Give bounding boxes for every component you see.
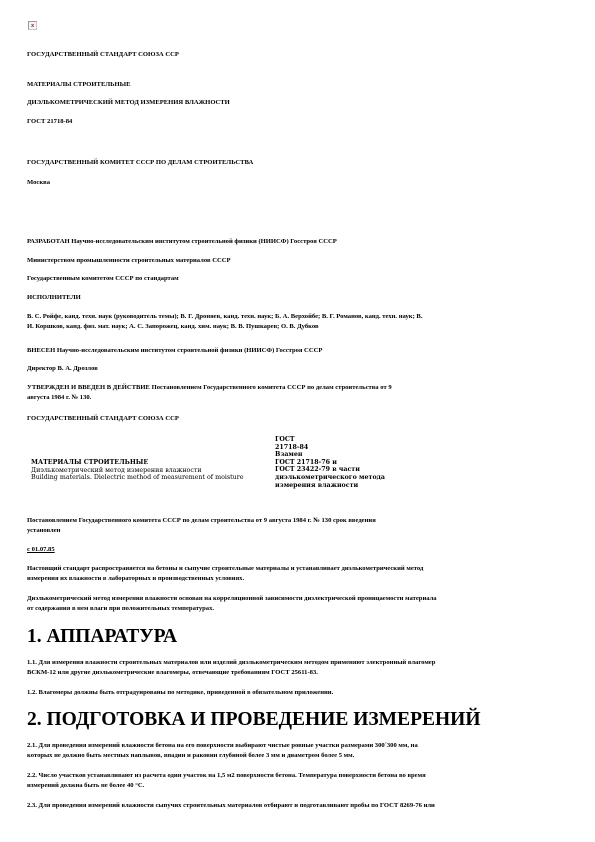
method-title: ДИЭЛЬКОМЕТРИЧЕСКИЙ МЕТОД ИЗМЕРЕНИЯ ВЛАЖН… <box>27 98 230 108</box>
state-standard-title-2: ГОСУДАРСТВЕННЫЙ СТАНДАРТ СОЮЗА ССР <box>27 414 179 424</box>
executors-label: ИСПОЛНИТЕЛИ <box>27 293 81 303</box>
introduced-text: Научно-исследовательским институтом стро… <box>55 347 322 354</box>
table-right-line: диэлькометрического метода <box>275 474 385 482</box>
para-1-1-line-1: 1.1. Для измерения влажности строительны… <box>27 658 435 668</box>
table-materials-title: МАТЕРИАЛЫ СТРОИТЕЛЬНЫЕ <box>31 459 243 467</box>
table-ru-subtitle: Диэлькометрический метод измерения влажн… <box>31 467 243 475</box>
committee-title: ГОСУДАРСТВЕННЫЙ КОМИТЕТ СССР ПО ДЕЛАМ СТ… <box>27 158 253 168</box>
para-2-2-line-2: измерений должна быть не более 40 °С. <box>27 781 144 791</box>
table-right-line: ГОСТ <box>275 436 385 444</box>
city: Москва <box>27 178 50 188</box>
effective-date: с 01.07.85 <box>27 545 55 555</box>
decree-line-2: установлен <box>27 526 60 536</box>
para-1-2: 1.2. Влагомеры должны быть отградуирован… <box>27 688 333 698</box>
approved-label: УТВЕРЖДЕН И ВВЕДЕН В ДЕЙСТВИЕ <box>27 384 150 391</box>
introduced-label: ВНЕСЕН <box>27 347 55 354</box>
table-right-line: ГОСТ 23422-79 в части <box>275 466 385 474</box>
table-right-line: 21718-84 <box>275 444 385 452</box>
document-page: x ГОСУДАРСТВЕННЫЙ СТАНДАРТ СОЮЗА ССР МАТ… <box>0 0 595 842</box>
introduced-by: ВНЕСЕН Научно-исследовательским институт… <box>27 346 322 356</box>
approved-line-1: УТВЕРЖДЕН И ВВЕДЕН В ДЕЙСТВИЕ Постановле… <box>27 383 392 393</box>
developed-text: Научно-исследовательским институтом стро… <box>70 238 337 245</box>
approved-line-2: августа 1984 г. № 130. <box>27 393 91 403</box>
title-table-right: ГОСТ 21718-84 Взамен ГОСТ 21718-76 и ГОС… <box>275 436 385 489</box>
gost-number: ГОСТ 21718-84 <box>27 117 72 127</box>
decree-line-1: Постановлением Государственного комитета… <box>27 516 376 526</box>
materials-title: МАТЕРИАЛЫ СТРОИТЕЛЬНЫЕ <box>27 80 131 90</box>
director: Директор В. А. Дрозлов <box>27 364 98 374</box>
developed-label: РАЗРАБОТАН <box>27 238 70 245</box>
title-table-left: МАТЕРИАЛЫ СТРОИТЕЛЬНЫЕ Диэлькометрически… <box>31 459 243 482</box>
ministry: Министерством промышленности строительны… <box>27 256 231 266</box>
para-2-3-line-1: 2.3. Для проведения измерений влажности … <box>27 801 435 811</box>
para-2-1-line-1: 2.1. Для проведения измерений влажности … <box>27 741 418 751</box>
table-right-line: измерения влажности <box>275 482 385 490</box>
executors-line-2: И. Коршков, канд. физ. мат. наук; А. С. … <box>27 322 319 332</box>
table-en-subtitle: Building materials. Dielectric method of… <box>31 474 243 482</box>
approved-text: Постановлением Государственного комитета… <box>150 384 392 391</box>
state-standard-title: ГОСУДАРСТВЕННЫЙ СТАНДАРТ СОЮЗА ССР <box>27 50 179 60</box>
table-right-line: ГОСТ 21718-76 и <box>275 459 385 467</box>
scope-line-1: Настоящий стандарт распространяется на б… <box>27 564 423 574</box>
broken-image-icon: x <box>28 21 37 30</box>
scope-line-2: измерения их влажности в лабораторных и … <box>27 574 244 584</box>
para-2-1-line-2: которых не должно быть местных наплывов,… <box>27 751 354 761</box>
table-right-line: Взамен <box>275 451 385 459</box>
executors-line-1: В. С. Ройфе, канд. техн. наук (руководит… <box>27 312 422 322</box>
section-heading-apparatus: 1. АППАРАТУРА <box>27 626 177 648</box>
principle-line-1: Диэлькометрический метод измерения влажн… <box>27 594 437 604</box>
section-heading-preparation: 2. ПОДГОТОВКА И ПРОВЕДЕНИЕ ИЗМЕРЕНИЙ <box>27 709 481 731</box>
para-1-1-line-2: ВСКМ-12 или другие диэлькометрические вл… <box>27 668 318 678</box>
para-2-2-line-1: 2.2. Число участков устанавливают из рас… <box>27 771 426 781</box>
committee-standards: Государственным комитетом СССР по станда… <box>27 274 179 284</box>
principle-line-2: от содержания в нем влаги при положитель… <box>27 604 214 614</box>
developed-by: РАЗРАБОТАН Научно-исследовательским инст… <box>27 237 337 247</box>
